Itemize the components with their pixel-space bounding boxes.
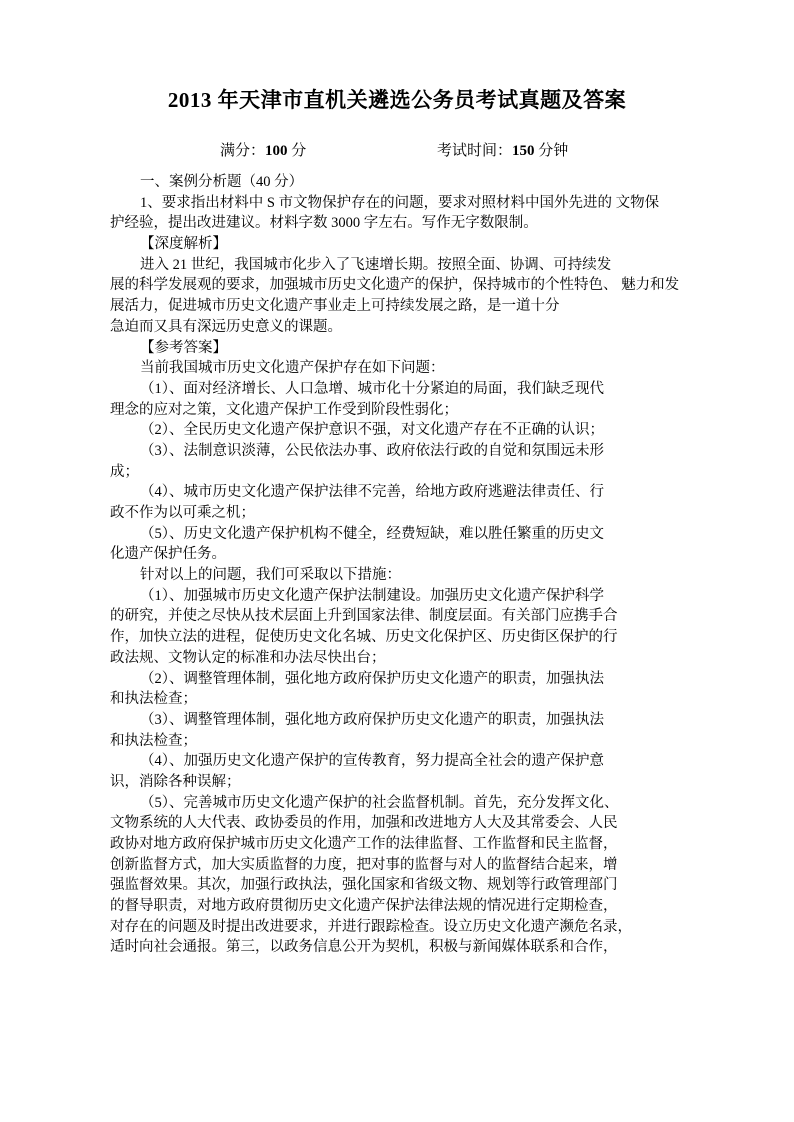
document-page: 2013 年天津市直机关遴选公务员考试真题及答案 满分：100 分 考试时间：1… xyxy=(0,0,794,1122)
text-line: 识，消除各种误解； xyxy=(110,772,724,793)
exam-duration: 考试时间：150 分钟 xyxy=(437,139,568,160)
text-line: 【参考答案】 xyxy=(110,338,724,359)
text-line: 护经验，提出改进建议。材料字数 3000 字左右。写作无字数限制。 xyxy=(110,213,724,234)
exam-meta-row: 满分：100 分 考试时间：150 分钟 xyxy=(0,139,794,160)
text-line: 针对以上的问题，我们可采取以下措施： xyxy=(110,565,724,586)
text-line: （4）、加强历史文化遗产保护的宣传教育，努力提高全社会的遗产保护意 xyxy=(110,751,724,772)
document-title: 2013 年天津市直机关遴选公务员考试真题及答案 xyxy=(0,84,794,114)
text-line: 【深度解析】 xyxy=(110,234,724,255)
exam-duration-suffix: 分钟 xyxy=(535,143,569,159)
text-line: 1、要求指出材料中 S 市文物保护存在的问题，要求对照材料中国外先进的 文物保 xyxy=(110,193,724,214)
text-line: 理念的应对之策，文化遗产保护工作受到阶段性弱化； xyxy=(110,400,724,421)
text-line: 化遗产保护任务。 xyxy=(110,544,724,565)
text-line: 文物系统的人大代表、政协委员的作用，加强和改进地方人大及其常委会、人民 xyxy=(110,813,724,834)
full-score-suffix: 分 xyxy=(288,143,307,159)
text-line: 创新监督方式，加大实质监督的力度，把对事的监督与对人的监督结合起来，增 xyxy=(110,855,724,876)
full-score: 满分：100 分 xyxy=(220,139,306,160)
text-line: （1）、加强城市历史文化遗产保护法制建设。加强历史文化遗产保护科学 xyxy=(110,586,724,607)
exam-duration-label: 考试时间： xyxy=(437,143,512,159)
text-line: （3）、法制意识淡薄，公民依法办事、政府依法行政的自觉和氛围远未形 xyxy=(110,441,724,462)
exam-duration-value: 150 xyxy=(512,143,535,159)
text-line: 的研究，并使之尽快从技术层面上升到国家法律、制度层面。有关部门应携手合 xyxy=(110,606,724,627)
text-line: 和执法检查； xyxy=(110,689,724,710)
text-line: 进入 21 世纪，我国城市化步入了飞速增长期。按照全面、协调、可持续发 xyxy=(110,255,724,276)
text-line: （2）、调整管理体制，强化地方政府保护历史文化遗产的职责，加强执法 xyxy=(110,669,724,690)
full-score-label: 满分： xyxy=(220,143,265,159)
text-line: 和执法检查； xyxy=(110,731,724,752)
text-line: 适时向社会通报。第三，以政务信息公开为契机，积极与新闻媒体联系和合作， xyxy=(110,937,724,958)
text-line: （5）、历史文化遗产保护机构不健全，经费短缺，难以胜任繁重的历史文 xyxy=(110,524,724,545)
text-line: 政不作为以可乘之机； xyxy=(110,503,724,524)
text-line: （4）、城市历史文化遗产保护法律不完善，给地方政府逃避法律责任、行 xyxy=(110,482,724,503)
text-line: 一、案例分析题（40 分） xyxy=(110,172,724,193)
text-line: 的督导职责，对地方政府贯彻历史文化遗产保护法律法规的情况进行定期检查， xyxy=(110,896,724,917)
text-line: 作，加快立法的进程，促使历史文化名城、历史文化保护区、历史街区保护的行 xyxy=(110,627,724,648)
text-line: 强监督效果。其次，加强行政执法，强化国家和省级文物、规划等行政管理部门 xyxy=(110,875,724,896)
text-line: （3）、调整管理体制，强化地方政府保护历史文化遗产的职责，加强执法 xyxy=(110,710,724,731)
text-line: （1）、面对经济增长、人口急增、城市化十分紧迫的局面，我们缺乏现代 xyxy=(110,379,724,400)
text-line: 展的科学发展观的要求，加强城市历史文化遗产的保护，保持城市的个性特色、 魅力和发 xyxy=(110,275,724,296)
document-body: 一、案例分析题（40 分）1、要求指出材料中 S 市文物保护存在的问题，要求对照… xyxy=(110,172,724,958)
text-line: 展活力，促进城市历史文化遗产事业走上可持续发展之路，是一道十分 xyxy=(110,296,724,317)
text-line: 政法规、文物认定的标准和办法尽快出台； xyxy=(110,648,724,669)
text-line: 对存在的问题及时提出改进要求，并进行跟踪检查。设立历史文化遗产濒危名录， xyxy=(110,917,724,938)
full-score-value: 100 xyxy=(265,143,288,159)
text-line: 急迫而又具有深远历史意义的课题。 xyxy=(110,317,724,338)
text-line: 政协对地方政府保护城市历史文化遗产工作的法律监督、工作监督和民主监督， xyxy=(110,834,724,855)
text-line: 成； xyxy=(110,462,724,483)
text-line: （5）、完善城市历史文化遗产保护的社会监督机制。首先，充分发挥文化、 xyxy=(110,793,724,814)
text-line: 当前我国城市历史文化遗产保护存在如下问题： xyxy=(110,358,724,379)
text-line: （2）、全民历史文化遗产保护意识不强，对文化遗产存在不正确的认识； xyxy=(110,420,724,441)
